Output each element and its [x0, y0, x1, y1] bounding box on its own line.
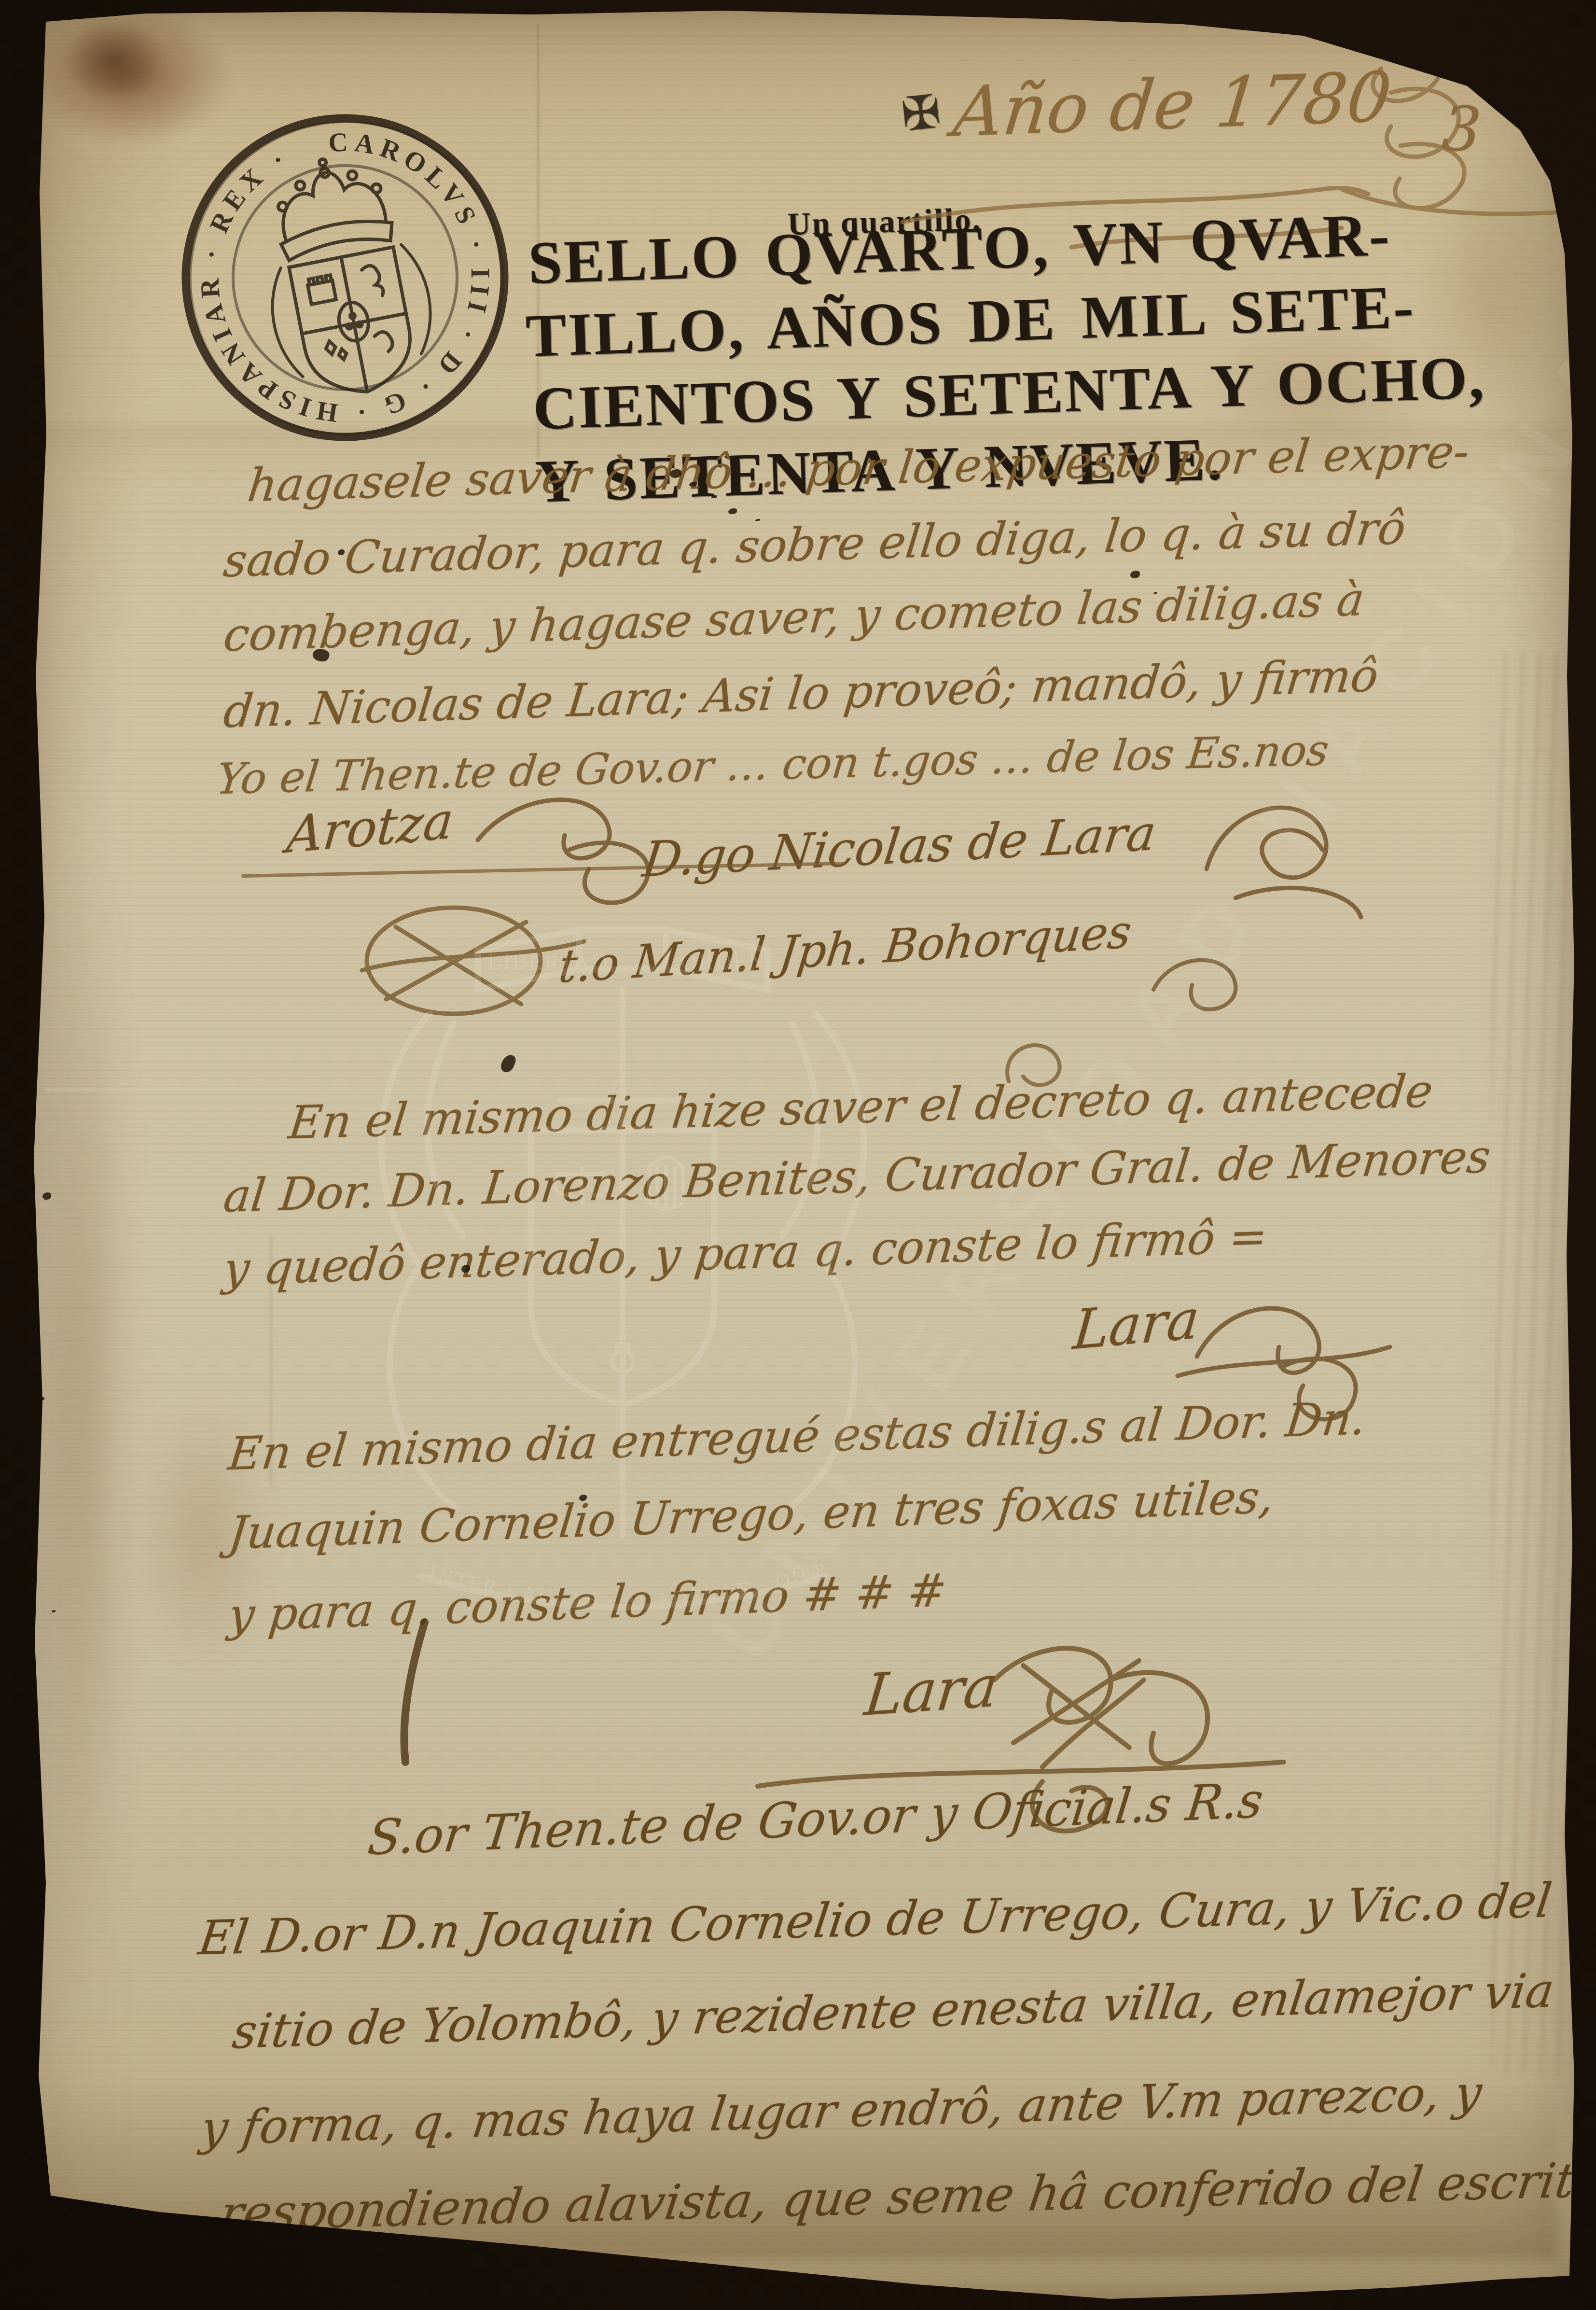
paper-stain [27, 845, 133, 1979]
paper-stain [27, 7, 234, 147]
royal-seal-stamp: CAROLVS · III · D · G · HISPANIAR · REX … [144, 77, 546, 478]
ink-speck [338, 549, 345, 555]
folio-number: 3 [1440, 93, 1483, 167]
royal-seal-graphic: CAROLVS · III · D · G · HISPANIAR · REX … [144, 77, 546, 478]
decree-line: Yo el Then.te de Gov.or … con t.gos … de… [214, 725, 1331, 804]
petition-line: El D.or D.n Joaquin Cornelio de Urrego, … [195, 1873, 1555, 1966]
petition-line: y forma, q. mas haya lugar endrô, ante V… [198, 2065, 1485, 2156]
paper-stain [63, 19, 164, 101]
decree-line: sado Curador, para q. sobre ello diga, l… [221, 502, 1408, 588]
verso-show-through [1491, 652, 1568, 2076]
ink-speck [42, 1192, 51, 1200]
petition-line: respondiendo alavista, que seme hâ confe… [217, 2152, 1596, 2241]
scanned-document: CAROLVS · III · D · G · HISPANIAR · REX … [0, 0, 1596, 2310]
ink-speck [1130, 571, 1140, 578]
watermark-motto-left: LIBERTAD [487, 950, 610, 974]
decree-line: dn. Nicolas de Lara; Asi lo proveô; mand… [221, 649, 1381, 739]
decree-line: combenga, y hagase saver, y cometo las d… [221, 574, 1367, 662]
watermark-motto-right: ORDEN [680, 950, 766, 974]
manuscript-paper: CAROLVS · III · D · G · HISPANIAR · REX … [0, 0, 1596, 2310]
petition-line: sitio de Yolombô, y rezidente enesta vil… [230, 1963, 1557, 2059]
paper-crease [46, 1089, 297, 1091]
